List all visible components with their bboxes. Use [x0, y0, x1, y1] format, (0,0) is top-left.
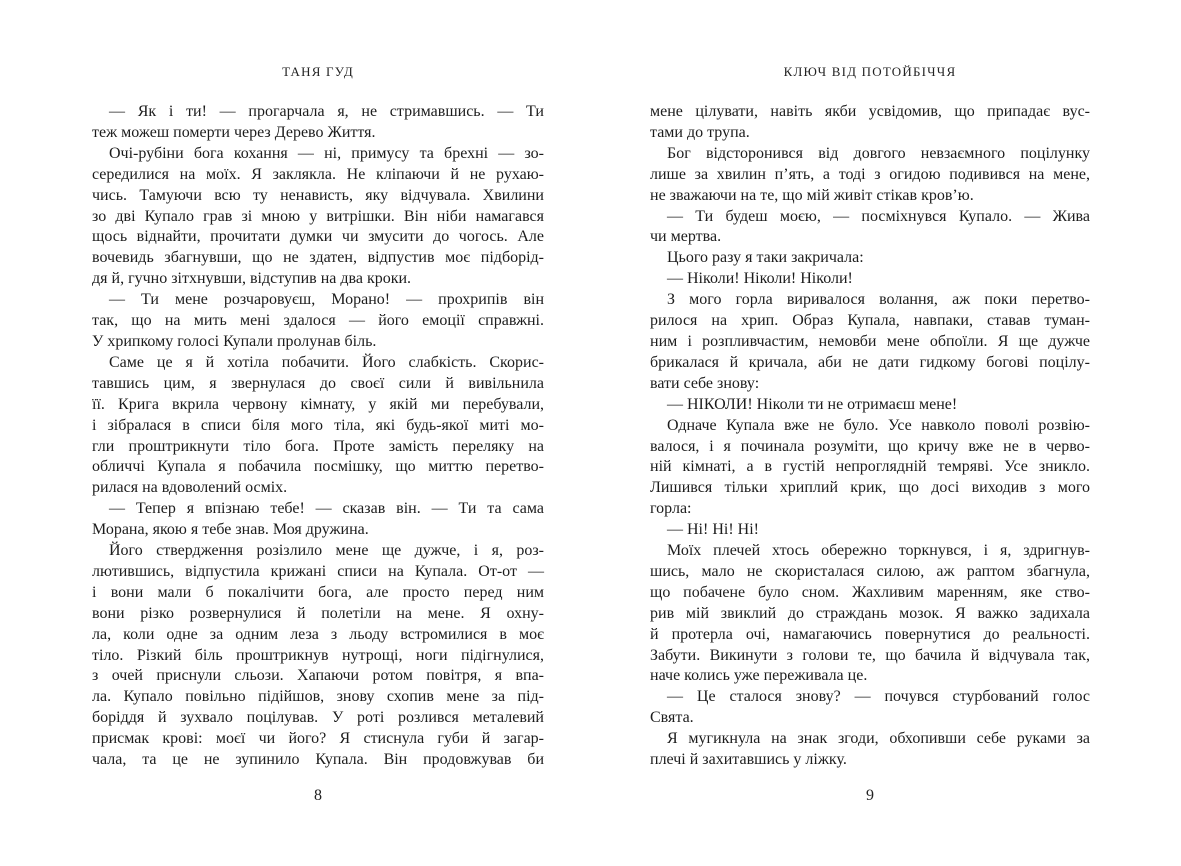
left-page-body-text: — Як і ти! — прогарчала я, не стримавшис… — [92, 102, 544, 771]
text-line: чала, та це не зупинило Купала. Він прод… — [92, 750, 544, 771]
text-line: Очі-рубіни бога кохання — ні, примусу та… — [92, 144, 544, 165]
text-line: Саме це я й хотіла побачити. Його слабкі… — [92, 353, 544, 374]
text-line: чи мертва. — [650, 227, 1090, 248]
text-line: лише за хвилин п’ять, а тоді з огидою по… — [650, 165, 1090, 186]
text-line: гли проштрикнути тіло бога. Проте заміст… — [92, 437, 544, 458]
text-line: мене цілувати, навіть якби усвідомив, що… — [650, 102, 1090, 123]
text-line: тавшись цим, я звернулася до своєї сили … — [92, 374, 544, 395]
text-line: й протерла очі, намагаючись повернутися … — [650, 625, 1090, 646]
text-line: з очей приснули сльози. Хапаючи ротом по… — [92, 666, 544, 687]
text-line: Моїх плечей хтось обережно торкнувся, і … — [650, 541, 1090, 562]
text-line: — Тепер я впізнаю тебе! — сказав він. — … — [92, 499, 544, 520]
text-line: Цього разу я таки закричала: — [650, 248, 1090, 269]
text-line: — Ні! Ні! Ні! — [650, 520, 1090, 541]
text-line: що побачене було сном. Жахливим маренням… — [650, 583, 1090, 604]
running-head-title: КЛЮЧ ВІД ПОТОЙБІЧЧЯ — [650, 64, 1090, 80]
text-line: лютившись, відпустила крижані списи на К… — [92, 562, 544, 583]
text-line: вочевидь збагнувши, що не здатен, відпус… — [92, 248, 544, 269]
text-line: Морана, якою я тебе знав. Моя дружина. — [92, 520, 544, 541]
text-line: З мого горла виривалося волання, аж поки… — [650, 290, 1090, 311]
text-line: плечі й захитавшись у ліжку. — [650, 750, 1090, 771]
text-line: Одначе Купала вже не було. Усе навколо п… — [650, 416, 1090, 437]
text-line: рив мій звиклий до страждань мозок. Я ва… — [650, 604, 1090, 625]
text-line: рилося на хрип. Образ Купала, навпаки, с… — [650, 311, 1090, 332]
text-line: — НІКОЛИ! Ніколи ти не отримаєш мене! — [650, 395, 1090, 416]
text-line: Лишився тільки хриплий крик, що досі вих… — [650, 478, 1090, 499]
text-line: і вони мали б покалічити бога, але прост… — [92, 583, 544, 604]
text-line: не зважаючи на те, що мій живіт стікав к… — [650, 186, 1090, 207]
text-line: і зібралася в списи біля мого тіла, які … — [92, 416, 544, 437]
text-line: дя й, гучно зітхнувши, відступив на два … — [92, 269, 544, 290]
text-line: — Ти будеш моєю, — посміхнувся Купало. —… — [650, 207, 1090, 228]
right-page: КЛЮЧ ВІД ПОТОЙБІЧЧЯ мене цілувати, навіт… — [650, 0, 1090, 866]
text-line: — Ніколи! Ніколи! Ніколи! — [650, 269, 1090, 290]
text-line: тіло. Різкий біль проштрикнув нутрощі, н… — [92, 646, 544, 667]
book-spread: ТАНЯ ГУД — Як і ти! — прогарчала я, не с… — [0, 0, 1181, 866]
text-line: горла: — [650, 499, 1090, 520]
text-line: її. Крига вкрила червону кімнату, у якій… — [92, 395, 544, 416]
right-page-body-text: мене цілувати, навіть якби усвідомив, що… — [650, 102, 1090, 771]
text-line: зо дві Купало грав зі мною у витрішки. В… — [92, 207, 544, 228]
text-line: вони різко розвернулися й полетіли на ме… — [92, 604, 544, 625]
text-line: У хрипкому голосі Купали пролунав біль. — [92, 332, 544, 353]
text-line: наче колись уже переживала це. — [650, 666, 1090, 687]
text-line: чись. Тамуючи всю ту ненависть, яку відч… — [92, 186, 544, 207]
text-line: — Ти мене розчаровуєш, Морано! — прохрип… — [92, 290, 544, 311]
text-line: — Це сталося знову? — почувся стурбовани… — [650, 687, 1090, 708]
text-line: середилися на моїх. Я заклякла. Не кліпа… — [92, 165, 544, 186]
text-line: шись, мало не скористалася силою, аж рап… — [650, 562, 1090, 583]
text-line: теж можеш померти через Дерево Життя. — [92, 123, 544, 144]
text-line: Забути. Викинути з голови те, що бачила … — [650, 646, 1090, 667]
text-line: так, що на мить мені здалося — його емоц… — [92, 311, 544, 332]
text-line: Бог відсторонився від довгого невзаємног… — [650, 144, 1090, 165]
text-line: — Як і ти! — прогарчала я, не стримавшис… — [92, 102, 544, 123]
text-line: тами до трупа. — [650, 123, 1090, 144]
text-line: ла, коли одне за одним леза з льоду встр… — [92, 625, 544, 646]
text-line: Я мугикнула на знак згоди, обхопивши себ… — [650, 729, 1090, 750]
right-page-number: 9 — [650, 787, 1090, 805]
running-head-author: ТАНЯ ГУД — [92, 64, 544, 80]
text-line: присмак крові: моєї чи його? Я стиснула … — [92, 729, 544, 750]
text-line: брикалася й кричала, аби не дати гидкому… — [650, 353, 1090, 374]
text-line: щось віднайти, прочитати думки чи змусит… — [92, 227, 544, 248]
text-line: Свята. — [650, 708, 1090, 729]
text-line: ній кімнаті, а в густій непроглядній тем… — [650, 457, 1090, 478]
left-page: ТАНЯ ГУД — Як і ти! — прогарчала я, не с… — [92, 0, 544, 866]
left-page-number: 8 — [92, 787, 544, 805]
text-line: ла. Купало повільно підійшов, знову схоп… — [92, 687, 544, 708]
text-line: вати себе знову: — [650, 374, 1090, 395]
text-line: рилася на вдоволений осміх. — [92, 478, 544, 499]
text-line: валося, і я починала розуміти, що кричу … — [650, 437, 1090, 458]
text-line: обличчі Купала я побачила посмішку, що м… — [92, 457, 544, 478]
text-line: Його ствердження розізлило мене ще дужче… — [92, 541, 544, 562]
text-line: ним і розпливчастим, немовби мене обпоїл… — [650, 332, 1090, 353]
text-line: боріддя й зухвало поцілував. У роті розл… — [92, 708, 544, 729]
